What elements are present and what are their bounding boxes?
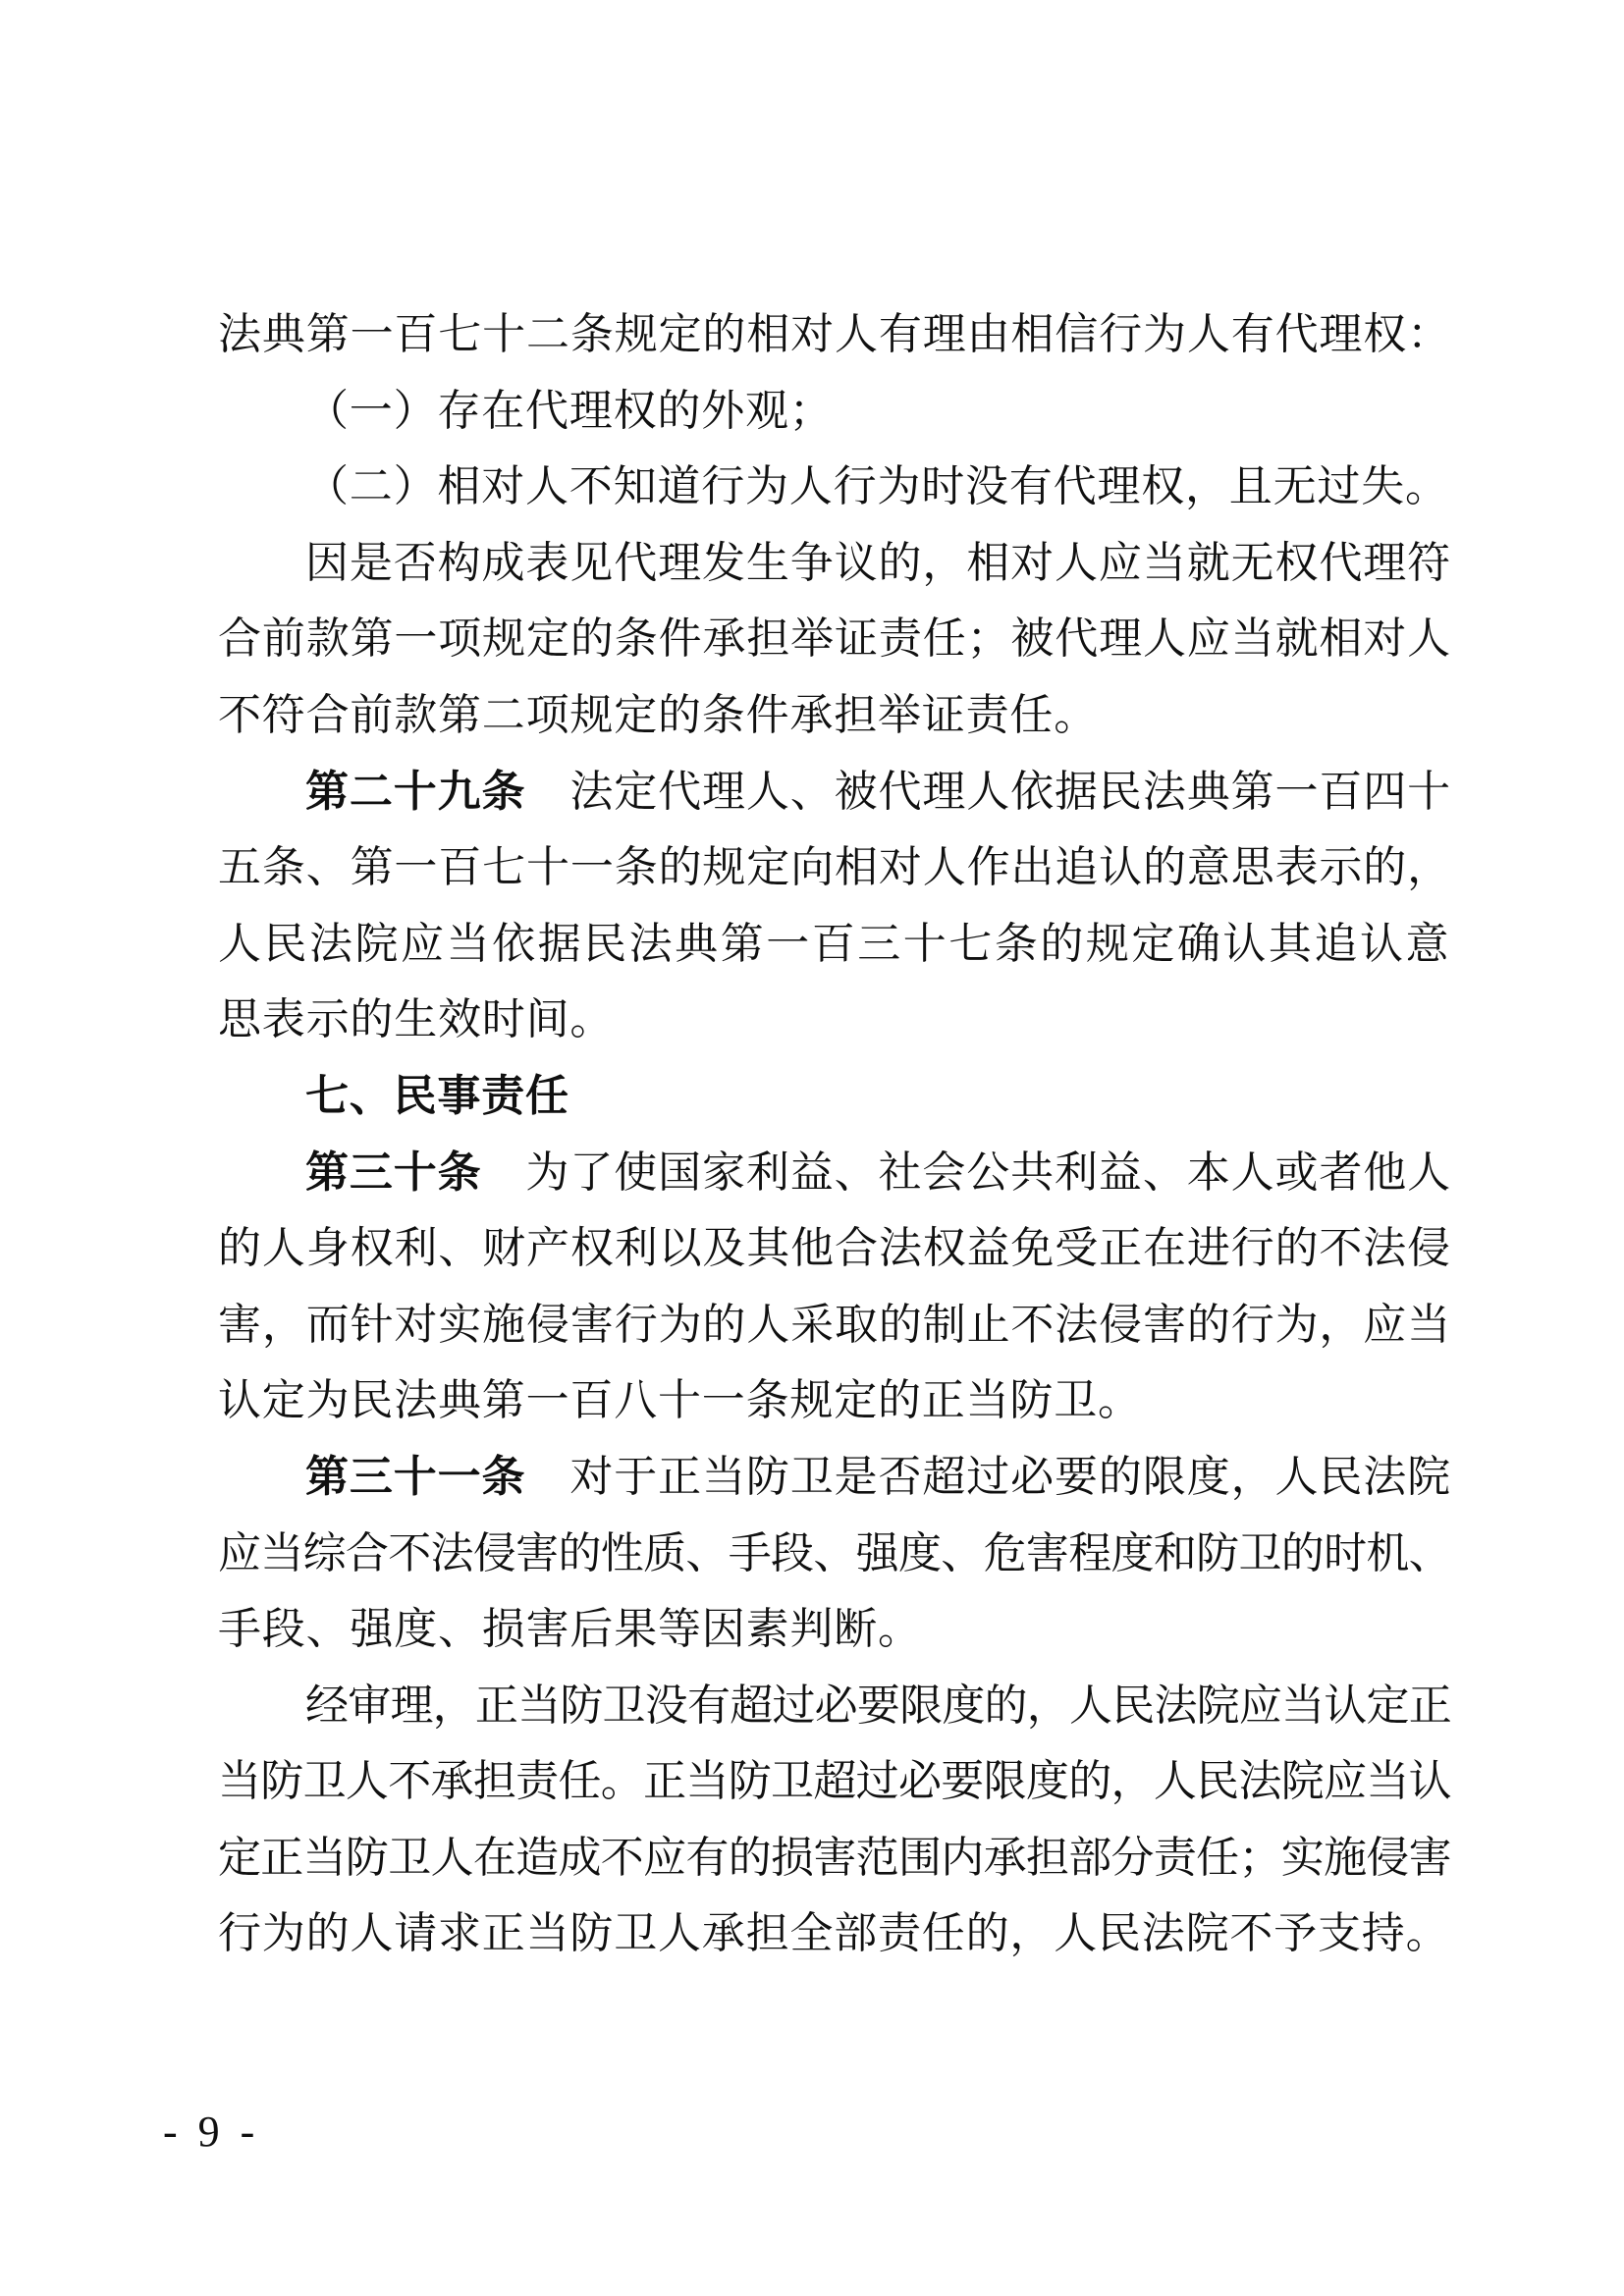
text-line: 经审理，正当防卫没有超过必要限度的，人民法院应当认定正 <box>218 1668 1451 1744</box>
text-line: 当防卫人不承担责任。正当防卫超过必要限度的，人民法院应当认 <box>218 1743 1451 1820</box>
line-content: 因是否构成表见代理发生争议的，相对人应当就无权代理符 <box>305 525 1451 602</box>
line-text: 为了使国家利益、社会公共利益、本人或者他人 <box>482 1148 1451 1197</box>
text-line: 法典第一百七十二条规定的相对人有理由相信行为人有代理权： <box>218 296 1451 373</box>
document-body: 法典第一百七十二条规定的相对人有理由相信行为人有代理权：（一）存在代理权的外观；… <box>218 296 1451 1972</box>
line-content: 手段、强度、损害后果等因素判断。 <box>218 1591 922 1668</box>
line-text: 五条、第一百七十一条的规定向相对人作出追认的意思表示的， <box>218 843 1451 891</box>
line-content: 不符合前款第二项规定的条件承担举证责任。 <box>218 677 1098 754</box>
line-content: 害，而针对实施侵害行为的人采取的制止不法侵害的行为，应当 <box>218 1287 1451 1363</box>
article-number: 第三十一条 <box>305 1453 525 1501</box>
line-text: 法定代理人、被代理人依据民法典第一百四十 <box>525 768 1451 816</box>
text-line: （二）相对人不知道行为人行为时没有代理权，且无过失。 <box>218 449 1451 525</box>
text-line: 害，而针对实施侵害行为的人采取的制止不法侵害的行为，应当 <box>218 1287 1451 1363</box>
article-line: 第三十一条 对于正当防卫是否超过必要的限度，人民法院 <box>218 1439 1451 1516</box>
line-content: 五条、第一百七十一条的规定向相对人作出追认的意思表示的， <box>218 829 1451 906</box>
line-text: 手段、强度、损害后果等因素判断。 <box>218 1605 922 1653</box>
text-line: 思表示的生效时间。 <box>218 982 1451 1058</box>
text-line: 手段、强度、损害后果等因素判断。 <box>218 1591 1451 1668</box>
line-text: （二）相对人不知道行为人行为时没有代理权，且无过失。 <box>305 462 1449 510</box>
section-heading-text: 七、民事责任 <box>305 1072 569 1120</box>
line-text: 经审理，正当防卫没有超过必要限度的，人民法院应当认定正 <box>305 1682 1451 1730</box>
line-text: 认定为民法典第一百八十一条规定的正当防卫。 <box>218 1376 1142 1424</box>
line-content: 七、民事责任 <box>305 1058 569 1135</box>
text-line: 的人身权利、财产权利以及其他合法权益免受正在进行的不法侵 <box>218 1210 1451 1287</box>
line-text: 当防卫人不承担责任。正当防卫超过必要限度的，人民法院应当认 <box>218 1757 1451 1805</box>
line-content: 第二十九条 法定代理人、被代理人依据民法典第一百四十 <box>305 754 1451 830</box>
text-line: 定正当防卫人在造成不应有的损害范围内承担部分责任；实施侵害 <box>218 1820 1451 1896</box>
article-line: 第二十九条 法定代理人、被代理人依据民法典第一百四十 <box>218 754 1451 830</box>
text-line: 因是否构成表见代理发生争议的，相对人应当就无权代理符 <box>218 525 1451 602</box>
line-content: 人民法院应当依据民法典第一百三十七条的规定确认其追认意 <box>218 906 1451 983</box>
section-heading: 七、民事责任 <box>218 1058 1451 1135</box>
page-number: - 9 - <box>163 2103 259 2162</box>
text-line: 人民法院应当依据民法典第一百三十七条的规定确认其追认意 <box>218 906 1451 983</box>
line-content: 定正当防卫人在造成不应有的损害范围内承担部分责任；实施侵害 <box>218 1820 1451 1896</box>
article-line: 第三十条 为了使国家利益、社会公共利益、本人或者他人 <box>218 1135 1451 1211</box>
line-content: 法典第一百七十二条规定的相对人有理由相信行为人有代理权： <box>218 296 1451 373</box>
text-line: 认定为民法典第一百八十一条规定的正当防卫。 <box>218 1362 1451 1439</box>
line-text: 对于正当防卫是否超过必要的限度，人民法院 <box>525 1453 1451 1501</box>
line-content: （二）相对人不知道行为人行为时没有代理权，且无过失。 <box>305 449 1449 525</box>
line-content: 认定为民法典第一百八十一条规定的正当防卫。 <box>218 1362 1142 1439</box>
line-content: 第三十条 为了使国家利益、社会公共利益、本人或者他人 <box>305 1135 1451 1211</box>
line-content: （一）存在代理权的外观； <box>305 373 834 450</box>
line-content: 应当综合不法侵害的性质、手段、强度、危害程度和防卫的时机、 <box>218 1516 1451 1592</box>
line-content: 行为的人请求正当防卫人承担全部责任的，人民法院不予支持。 <box>218 1896 1449 1972</box>
line-content: 经审理，正当防卫没有超过必要限度的，人民法院应当认定正 <box>305 1668 1451 1744</box>
line-content: 当防卫人不承担责任。正当防卫超过必要限度的，人民法院应当认 <box>218 1743 1451 1820</box>
line-content: 合前款第一项规定的条件承担举证责任；被代理人应当就相对人 <box>218 601 1451 677</box>
text-line: （一）存在代理权的外观； <box>218 373 1451 450</box>
text-line: 合前款第一项规定的条件承担举证责任；被代理人应当就相对人 <box>218 601 1451 677</box>
article-number: 第二十九条 <box>305 768 525 816</box>
document-page: 法典第一百七十二条规定的相对人有理由相信行为人有代理权：（一）存在代理权的外观；… <box>0 0 1624 2296</box>
line-text: 不符合前款第二项规定的条件承担举证责任。 <box>218 691 1098 739</box>
line-text: 行为的人请求正当防卫人承担全部责任的，人民法院不予支持。 <box>218 1909 1449 1957</box>
line-text: 合前款第一项规定的条件承担举证责任；被代理人应当就相对人 <box>218 614 1451 663</box>
line-content: 的人身权利、财产权利以及其他合法权益免受正在进行的不法侵 <box>218 1210 1451 1287</box>
line-text: 的人身权利、财产权利以及其他合法权益免受正在进行的不法侵 <box>218 1224 1451 1272</box>
line-text: 害，而针对实施侵害行为的人采取的制止不法侵害的行为，应当 <box>218 1301 1451 1349</box>
text-line: 五条、第一百七十一条的规定向相对人作出追认的意思表示的， <box>218 829 1451 906</box>
line-text: 应当综合不法侵害的性质、手段、强度、危害程度和防卫的时机、 <box>218 1529 1451 1577</box>
text-line: 不符合前款第二项规定的条件承担举证责任。 <box>218 677 1451 754</box>
line-text: 法典第一百七十二条规定的相对人有理由相信行为人有代理权： <box>218 310 1451 358</box>
line-text: 因是否构成表见代理发生争议的，相对人应当就无权代理符 <box>305 539 1451 587</box>
line-text: 思表示的生效时间。 <box>218 995 614 1043</box>
line-content: 第三十一条 对于正当防卫是否超过必要的限度，人民法院 <box>305 1439 1451 1516</box>
article-number: 第三十条 <box>305 1148 482 1197</box>
line-text: 人民法院应当依据民法典第一百三十七条的规定确认其追认意 <box>218 920 1451 968</box>
line-text: （一）存在代理权的外观； <box>305 387 834 435</box>
line-text: 定正当防卫人在造成不应有的损害范围内承担部分责任；实施侵害 <box>218 1834 1451 1882</box>
text-line: 行为的人请求正当防卫人承担全部责任的，人民法院不予支持。 <box>218 1896 1451 1972</box>
text-line: 应当综合不法侵害的性质、手段、强度、危害程度和防卫的时机、 <box>218 1516 1451 1592</box>
line-content: 思表示的生效时间。 <box>218 982 614 1058</box>
